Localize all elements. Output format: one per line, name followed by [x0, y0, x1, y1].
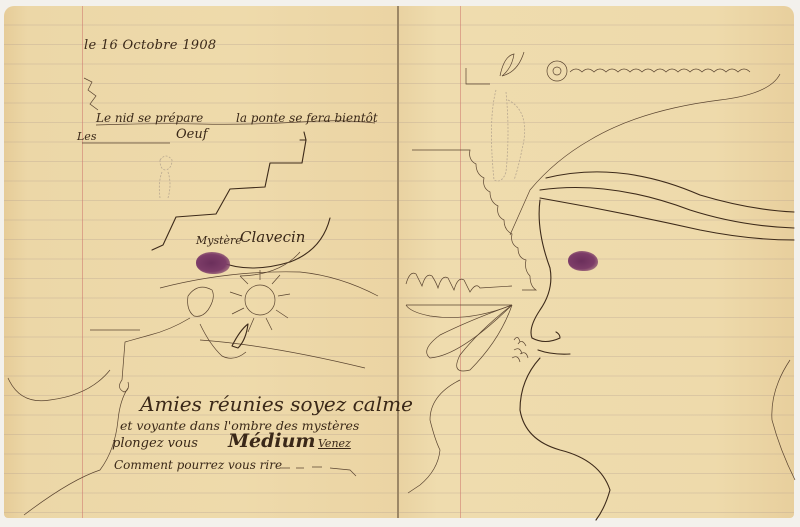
caption-mystere: Mystère [196, 234, 242, 247]
leaf-drawing [427, 305, 512, 358]
handwritten-line: Les [77, 130, 96, 143]
sun-drawing [245, 285, 275, 315]
lip-drawing [406, 305, 512, 318]
beard-hatching [512, 337, 528, 362]
handwritten-line: Oeuf [176, 127, 208, 142]
woman-head-drawing [188, 287, 214, 316]
caption-clavecin: Clavecin [240, 228, 305, 246]
handwritten-line: Le nid se prépare [96, 111, 203, 125]
poem-word-medium: Médium [228, 430, 316, 452]
garland-drawing [570, 69, 750, 72]
sweeping-line [24, 388, 128, 515]
fringe-drawing [406, 273, 512, 292]
ribbon-drawing [466, 52, 524, 84]
pencil-figure [159, 156, 172, 198]
headdress-stripe [540, 198, 794, 240]
date-heading: le 16 Octobre 1908 [84, 38, 217, 53]
neck-drawing [520, 358, 610, 520]
horizon-line [160, 272, 378, 296]
handwritten-line: la ponte se fera bientôt [236, 111, 378, 125]
ink-blot-left [196, 252, 230, 274]
flower-drawing [547, 61, 567, 81]
right-edge-curve [772, 360, 795, 480]
poem-word-venez: Venez [318, 437, 351, 450]
poem-line: Comment pourrez vous rire [114, 458, 282, 472]
notebook-spread: le 16 Octobre 1908 Le nid se prépare la … [0, 0, 800, 527]
poem-line: plongez vous [112, 436, 198, 451]
sun-rays [230, 270, 290, 332]
face-profile-drawing [531, 200, 560, 342]
zigzag-mark [84, 78, 98, 110]
ink-blot-right [568, 251, 598, 271]
scalloped-wing-drawing [412, 150, 536, 290]
poem-line: Amies réunies soyez calme [140, 392, 413, 416]
